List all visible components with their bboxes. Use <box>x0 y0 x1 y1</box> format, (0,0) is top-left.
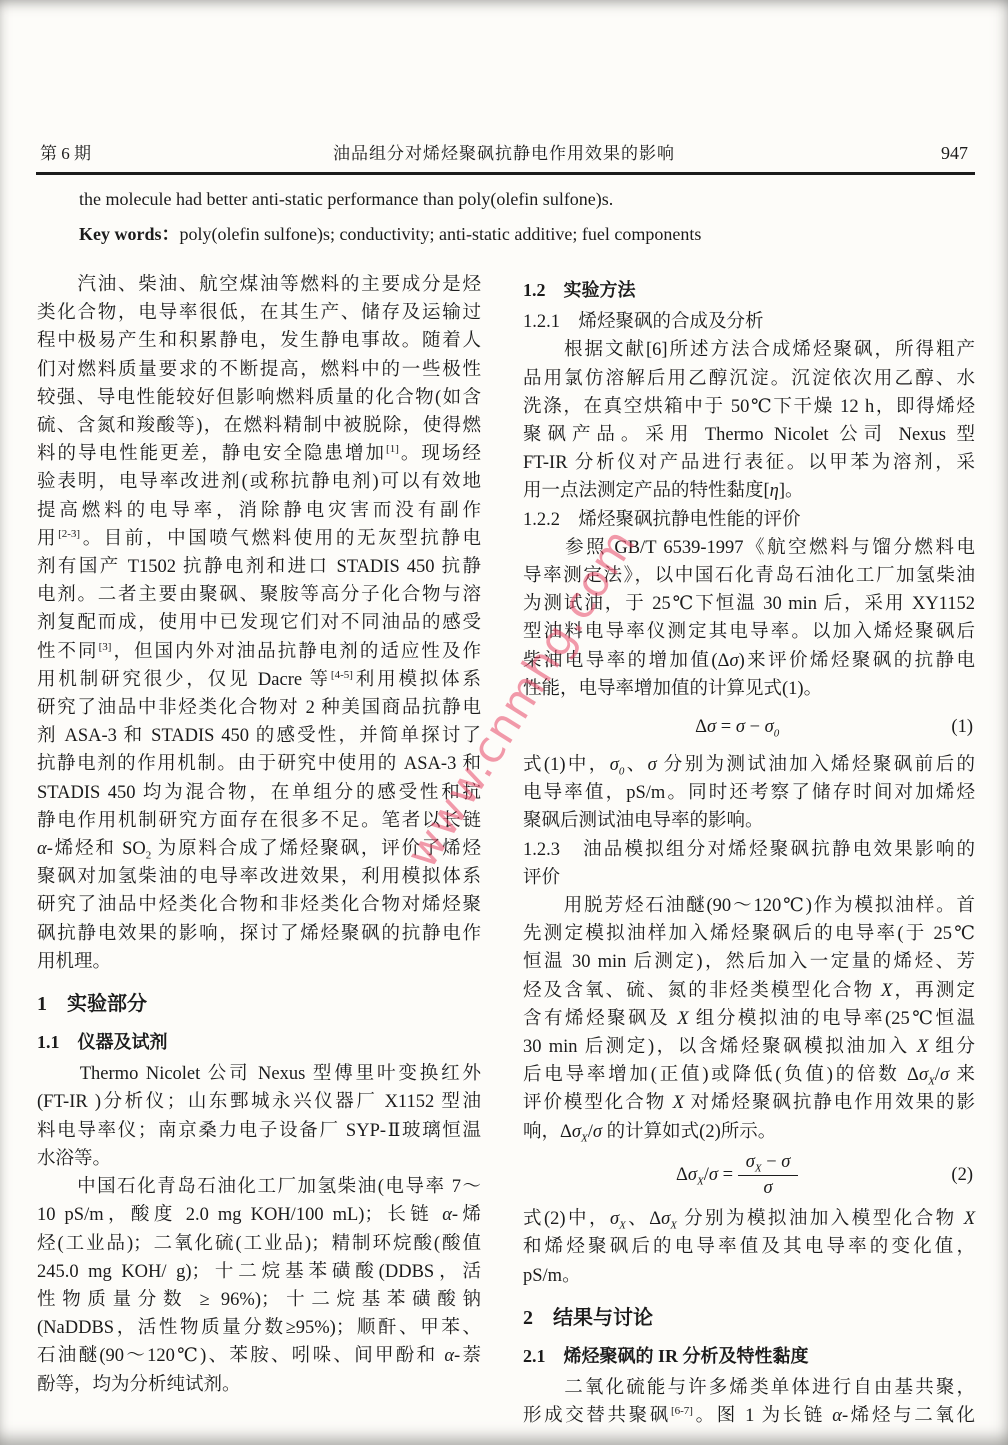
text-line: 为测试油，于 25℃下恒温 30 min 后，采用 XY1152 <box>523 590 975 618</box>
text-line: 们对燃料质量要求的不断提高，燃料中的一些极性 <box>37 356 481 384</box>
equation-body: ΔσX/σ = σX − σσ <box>523 1151 951 1200</box>
heading-line: 1.2 实验方法 <box>523 276 975 304</box>
text-line: 响，ΔσX/σ 的计算如式(2)所示。 <box>523 1118 975 1146</box>
paragraph: 根据文献[6]所述方法合成烯烃聚砜，所得粗产品用氯仿溶解后用乙醇沉淀。沉淀依次用… <box>523 336 975 505</box>
text-line: 料电导率仪；南京桑力电子设备厂 SYP-Ⅱ玻璃恒温 <box>37 1117 481 1145</box>
text-line: 抗静电剂的作用机制。由于研究中使用的 ASA-3 和 <box>37 750 481 778</box>
text-line: 10 pS/m，酸度 2.0 mg KOH/100 mL)；长链 α-烯 <box>37 1201 481 1229</box>
keywords-text: poly(olefin sulfone)s; conductivity; ant… <box>180 224 702 244</box>
text-line: (NaDDBS，活性物质量分数≥95%)；顺酐、甲苯、 <box>37 1314 481 1342</box>
section-heading: 1.2 实验方法 <box>523 276 975 304</box>
paragraph: Thermo Nicolet 公司 Nexus 型傅里叶变换红外(FT-IR )… <box>37 1060 481 1173</box>
text-line: 烃(工业品)；二氧化硫(工业品)；精制环烷酸(酸值 <box>37 1230 481 1258</box>
text-line: 酚等，均为分析纯试剂。 <box>37 1371 481 1399</box>
text-line: 性能，电导率增加值的计算见式(1)。 <box>523 675 975 703</box>
text-line: 用机理。 <box>37 948 481 976</box>
paragraph: 用脱芳烃石油醚(90～120℃)作为模拟油样。首先测定模拟油样加入烯烃聚砜后的电… <box>523 892 975 1146</box>
text-line: 剂复配而成，使用中已发现它们对不同油品的感受 <box>37 609 481 637</box>
section-heading: 1.2.2 烯烃聚砜抗静电性能的评价 <box>523 506 975 534</box>
page-header: 第 6 期 油品组分对烯烃聚砜抗静电作用效果的影响 947 <box>40 139 968 164</box>
text-line: 式(2)中，σX、ΔσX 分别为模拟油加入模型化合物 X <box>523 1205 975 1233</box>
heading-line: 1 实验部分 <box>37 989 481 1019</box>
text-line: 研究了油品中烃类化合物和非烃类化合物对烯烃聚 <box>37 891 481 919</box>
text-line: 石油醚(90～120℃)、苯胺、吲哚、间甲酚和 α-萘 <box>37 1342 481 1370</box>
paragraph: 式(1)中，σ0、σ 分别为测试油加入烯烃聚砜前后的电导率值，pS/m。同时还考… <box>523 751 975 836</box>
text-line: 程中极易产生和积累静电，发生静电事故。随着人 <box>37 327 481 355</box>
text-line: 砜抗静电效果的影响，探讨了烯烃聚砜的抗静电作 <box>37 920 481 948</box>
text-line: 用[2-3]。目前，中国喷气燃料使用的无灰型抗静电 <box>37 525 481 553</box>
equation-number: (1) <box>951 713 975 741</box>
text-line: 根据文献[6]所述方法合成烯烃聚砜，所得粗产 <box>523 336 975 364</box>
heading-line: 1.2.2 烯烃聚砜抗静电性能的评价 <box>523 506 975 534</box>
paragraph: 参照 GB/T 6539-1997《航空燃料与馏分燃料电导率测定法》，以中国石化… <box>523 534 975 703</box>
equation-body: Δσ = σ − σ0 <box>523 713 951 741</box>
text-line: 静电作用机制研究方面存在很多不足。笔者以长链 <box>37 807 481 835</box>
text-line: FT-IR 分析仪对产品进行表征。以甲苯为溶剂，采 <box>523 449 975 477</box>
text-line: 料的导电性能更差，静电安全隐患增加[1]。现场经 <box>37 440 481 468</box>
text-line: 用机制研究很少，仅见 Dacre 等[4-5]利用模拟体系 <box>37 666 481 694</box>
text-line: 性不同[3]，但国内外对油品抗静电剂的适应性及作 <box>37 638 481 666</box>
page-number: 947 <box>675 143 968 164</box>
text-line: 验表明，电导率改进剂(或称抗静电剂)可以有效地 <box>37 468 481 496</box>
text-line: 品用氯仿溶解后用乙醇沉淀。沉淀依次用乙醇、水 <box>523 365 975 393</box>
fraction: σX − σσ <box>738 1151 799 1200</box>
section-heading: 1.1 仪器及试剂 <box>37 1028 481 1056</box>
text-line: 后电导率增加(正值)或降低(负值)的倍数 ΔσX/σ 来 <box>523 1061 975 1089</box>
text-line: 先测定模拟油样加入烯烃聚砜后的电导率(于 25℃ <box>523 920 975 948</box>
heading-line: 1.2.1 烯烃聚砜的合成及分析 <box>523 308 975 336</box>
keywords-label: Key words： <box>79 224 180 244</box>
paragraph: 中国石化青岛石油化工厂加氢柴油(电导率 7～10 pS/m，酸度 2.0 mg … <box>37 1173 481 1399</box>
text-line: 式(1)中，σ0、σ 分别为测试油加入烯烃聚砜前后的 <box>523 751 975 779</box>
keywords-line: Key words：poly(olefin sulfone)s; conduct… <box>79 220 968 246</box>
right-column: 1.2 实验方法1.2.1 烯烃聚砜的合成及分析 根据文献[6]所述方法合成烯烃… <box>523 271 975 1430</box>
text-line: Thermo Nicolet 公司 Nexus 型傅里叶变换红外 <box>37 1060 481 1088</box>
section-heading: 1 实验部分 <box>37 989 481 1019</box>
section-heading: 1.2.1 烯烃聚砜的合成及分析 <box>523 308 975 336</box>
text-line: 剂有国产 T1502 抗静电剂和进口 STADIS 450 抗静 <box>37 553 481 581</box>
text-line: 中国石化青岛石油化工厂加氢柴油(电导率 7～ <box>37 1173 481 1201</box>
text-line: pS/m。 <box>523 1262 975 1290</box>
abstract-last-line: the molecule had better anti-static perf… <box>79 189 948 210</box>
text-line: 柴油电导率的增加值(Δσ)来评价烯烃聚砜的抗静电 <box>523 647 975 675</box>
text-line: 电剂。二者主要由聚砜、聚胺等高分子化合物与溶 <box>37 581 481 609</box>
text-line: 提高燃料的电导率，消除静电灾害而没有副作 <box>37 497 481 525</box>
text-line: 烃及含氧、硫、氮的非烃类模型化合物 X，再测定 <box>523 977 975 1005</box>
text-line: α-烯烃和 SO2 为原料合成了烯烃聚砜，评价了烯烃 <box>37 835 481 863</box>
text-line: 用脱芳烃石油醚(90～120℃)作为模拟油样。首 <box>523 892 975 920</box>
running-title: 油品组分对烯烃聚砜抗静电作用效果的影响 <box>333 139 675 164</box>
text-line: 电导率值，pS/m。同时还考察了储存时间对加烯烃 <box>523 779 975 807</box>
equation: ΔσX/σ = σX − σσ(2) <box>523 1151 975 1200</box>
heading-line: 2.1 烯烃聚砜的 IR 分析及特性黏度 <box>523 1342 975 1370</box>
text-line: 评价模型化合物 X 对烯烃聚砜抗静电作用效果的影 <box>523 1089 975 1117</box>
section-heading: 1.2.3 油品模拟组分对烯烃聚砜抗静电效果影响的评价 <box>523 836 975 892</box>
text-line: 剂 ASA-3 和 STADIS 450 的感受性，并简单探讨了 <box>37 722 481 750</box>
left-column: 汽油、柴油、航空煤油等燃料的主要成分是烃类化合物，电导率很低，在其生产、储存及运… <box>37 271 481 1399</box>
text-line: 洗涤，在真空烘箱中于 50℃下干燥 12 h，即得烯烃 <box>523 393 975 421</box>
text-line: 研究了油品中非烃类化合物对 2 种美国商品抗静电 <box>37 694 481 722</box>
section-heading: 2 结果与讨论 <box>523 1303 975 1333</box>
text-line: 导率测定法》，以中国石化青岛石油化工厂加氢柴油 <box>523 562 975 590</box>
section-heading: 2.1 烯烃聚砜的 IR 分析及特性黏度 <box>523 1342 975 1370</box>
text-line: 含有烯烃聚砜及 X 组分模拟油的电导率(25℃恒温 <box>523 1005 975 1033</box>
paragraph: 二氧化硫能与许多烯类单体进行自由基共聚，形成交替共聚砜[6-7]。图 1 为长链… <box>523 1374 975 1430</box>
text-line: 用一点法测定产品的特性黏度[η]。 <box>523 477 975 505</box>
text-line: 30 min 后测定)，以含烯烃聚砜模拟油加入 X 组分 <box>523 1033 975 1061</box>
text-line: 硫、含氮和羧酸等)，在燃料精制中被脱除，使得燃 <box>37 412 481 440</box>
text-line: 性物质量分数 ≥ 96%)；十二烷基苯磺酸钠 <box>37 1286 481 1314</box>
text-line: 聚砜产品。采用 Thermo Nicolet 公司 Nexus 型 <box>523 421 975 449</box>
heading-line: 2 结果与讨论 <box>523 1303 975 1333</box>
text-line: 形成交替共聚砜[6-7]。图 1 为长链 α-烯烃与二氧化 <box>523 1402 975 1430</box>
text-line: 245.0 mg KOH/ g)；十二烷基苯磺酸(DDBS，活 <box>37 1258 481 1286</box>
text-line: 参照 GB/T 6539-1997《航空燃料与馏分燃料电 <box>523 534 975 562</box>
header-rule <box>36 172 975 175</box>
text-line: 汽油、柴油、航空煤油等燃料的主要成分是烃 <box>37 271 481 299</box>
heading-line: 1.2.3 油品模拟组分对烯烃聚砜抗静电效果影响的 <box>523 836 975 864</box>
text-line: 聚砜对加氢柴油的电导率改进效果，利用模拟体系 <box>37 863 481 891</box>
text-line: 类化合物，电导率很低，在其生产、储存及运输过 <box>37 299 481 327</box>
text-line: 水浴等。 <box>37 1145 481 1173</box>
scanned-page: 第 6 期 油品组分对烯烃聚砜抗静电作用效果的影响 947 the molecu… <box>0 0 1008 1445</box>
equation: Δσ = σ − σ0(1) <box>523 708 975 746</box>
text-line: 二氧化硫能与许多烯类单体进行自由基共聚， <box>523 1374 975 1402</box>
text-line: 和烯烃聚砜后的电导率值及其电导率的变化值， <box>523 1233 975 1261</box>
journal-issue: 第 6 期 <box>40 139 333 164</box>
text-line: STADIS 450 均为混合物，在单组分的感受性和抗 <box>37 779 481 807</box>
text-line: 较强、导电性能较好但影响燃料质量的化合物(如含 <box>37 384 481 412</box>
heading-line: 1.1 仪器及试剂 <box>37 1028 481 1056</box>
heading-line: 评价 <box>523 864 975 892</box>
equation-number: (2) <box>951 1161 975 1189</box>
text-line: 型油料电导率仪测定其电导率。以加入烯烃聚砜后 <box>523 618 975 646</box>
text-line: 恒温 30 min 后测定)，然后加入一定量的烯烃、芳 <box>523 948 975 976</box>
text-line: (FT-IR )分析仪；山东鄄城永兴仪器厂 X1152 型油 <box>37 1088 481 1116</box>
text-line: 聚砜后测试油电导率的影响。 <box>523 807 975 835</box>
paragraph: 式(2)中，σX、ΔσX 分别为模拟油加入模型化合物 X和烯烃聚砜后的电导率值及… <box>523 1205 975 1290</box>
paragraph: 汽油、柴油、航空煤油等燃料的主要成分是烃类化合物，电导率很低，在其生产、储存及运… <box>37 271 481 976</box>
